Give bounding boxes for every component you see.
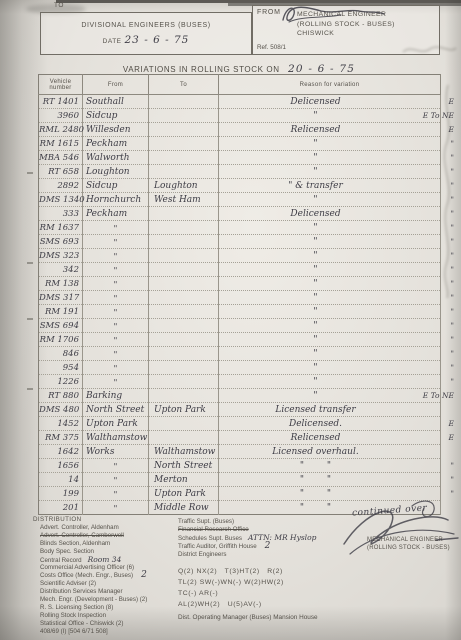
rolling-stock-table: Vehicle number From To Reason for variat…	[38, 74, 441, 515]
from-cell: Upton Park	[83, 417, 149, 431]
vehicle-cell: RM 1637	[39, 221, 83, 235]
vehicle-cell: RT 658	[39, 165, 83, 179]
col-header-from: From	[83, 75, 149, 95]
to-cell	[149, 431, 219, 445]
table-row: MBA 546Walworth""	[39, 151, 441, 165]
table-row: 14"Merton" ""	[39, 473, 441, 487]
vehicle-value: 342	[39, 265, 82, 276]
reason-cell: ""	[219, 165, 441, 179]
distribution-item-text: Commercial Advertising Officer (6)	[40, 564, 134, 571]
recipient-item-text: Traffic Auditor, Griffith House	[178, 543, 257, 550]
to-cell	[149, 95, 219, 109]
vehicle-value: DMS 480	[39, 405, 82, 416]
district-code-list: Q(2) NX(2) T(3)HT(2) R(2)TL(2) SW(-)WN(-…	[178, 566, 378, 610]
distribution-item: Distribution Services Manager	[33, 588, 183, 596]
from-cell: Barking	[83, 389, 149, 403]
margin-annotation: E	[449, 418, 454, 429]
reason-cell: " & transfer"	[219, 179, 441, 193]
reason-cell: ""	[219, 319, 441, 333]
distribution-item-handwritten-annotation: 2	[141, 570, 147, 580]
vehicle-cell: 1656	[39, 459, 83, 473]
to-cell	[149, 151, 219, 165]
vehicle-value: 954	[39, 363, 82, 374]
from-value: "	[83, 363, 148, 374]
from-value: "	[83, 335, 148, 346]
reason-value: "	[219, 251, 440, 262]
distribution-item-text: Advert. Controller, Camberwell	[40, 532, 124, 539]
reason-cell: Licensed transfer	[219, 403, 441, 417]
from-value: Peckham	[83, 139, 148, 150]
distribution-item-text: Statistical Office - Chiswick (2)	[40, 620, 123, 627]
from-value: "	[83, 265, 148, 276]
to-cell	[149, 123, 219, 137]
to-cell: Middle Row	[149, 501, 219, 515]
from-cell: Walworth	[83, 151, 149, 165]
to-value: North Street	[149, 461, 218, 472]
distribution-item-handwritten-annotation: Room 34	[88, 555, 122, 564]
from-cell: Willesden	[83, 123, 149, 137]
distribution-item: Central RecordRoom 34	[33, 556, 183, 565]
distribution-item: R. S. Licensing Section (8)	[33, 604, 183, 612]
vehicle-cell: RT 880	[39, 389, 83, 403]
table-row: 3960Sidcup"E To NE	[39, 109, 441, 123]
to-cell	[149, 207, 219, 221]
reason-cell: ""	[219, 305, 441, 319]
distribution-item: Costs Office (Mech. Engr., Buses)2	[33, 572, 183, 580]
reason-cell: ""	[219, 375, 441, 389]
from-value: Sidcup	[83, 111, 148, 122]
district-code-line: TL(2) SW(-)WN(-) W(2)HW(2)	[178, 577, 378, 588]
reason-cell: ""	[219, 277, 441, 291]
date-handwritten: 23 - 6 - 75	[125, 34, 190, 46]
vehicle-cell: DMS 317	[39, 291, 83, 305]
vehicle-value: 201	[39, 503, 82, 514]
reason-value: " "	[219, 461, 440, 472]
margin-tick	[27, 172, 33, 174]
vehicle-cell: 201	[39, 501, 83, 515]
vehicle-cell: 3960	[39, 109, 83, 123]
from-cell: Sidcup	[83, 179, 149, 193]
table-row: DMS 480North StreetUpton ParkLicensed tr…	[39, 403, 441, 417]
vehicle-cell: RML 2480	[39, 123, 83, 137]
vehicle-cell: 1452	[39, 417, 83, 431]
from-value: "	[83, 349, 148, 360]
reason-cell: " ""	[219, 459, 441, 473]
from-cell: "	[83, 291, 149, 305]
vehicle-value: RM 1615	[39, 139, 82, 150]
to-cell	[149, 277, 219, 291]
reason-cell: ""	[219, 347, 441, 361]
distribution-item-text: Body Spec. Section	[40, 548, 94, 555]
margin-annotation: E	[449, 432, 454, 443]
reason-value: " "	[219, 475, 440, 486]
from-cell: Southall	[83, 95, 149, 109]
table-row: 342"""	[39, 263, 441, 277]
vehicle-value: 199	[39, 489, 82, 500]
reason-value: Licensed transfer	[219, 405, 440, 416]
to-cell: Upton Park	[149, 403, 219, 417]
to-cell: North Street	[149, 459, 219, 473]
to-cell: Loughton	[149, 179, 219, 193]
to-cell: Walthamstow	[149, 445, 219, 459]
vehicle-value: 333	[39, 209, 82, 220]
distribution-item: Blinds Section, Aldenham	[33, 540, 183, 548]
distribution-item-text: Central Record	[40, 557, 82, 564]
table-row: 954"""	[39, 361, 441, 375]
reason-cell: ""	[219, 263, 441, 277]
reason-value: "	[219, 293, 440, 304]
distribution-item: Rolling Stock Inspection	[33, 612, 183, 620]
signature-scribble-icon	[336, 496, 461, 566]
recipient-item-text: Schedules Supt. Buses	[178, 535, 242, 542]
table-row: 846"""	[39, 347, 441, 361]
to-cell	[149, 319, 219, 333]
recipient-item-handwritten-annotation: ATTN: MR Hyslop	[248, 533, 316, 542]
to-cell	[149, 305, 219, 319]
from-value: North Street	[83, 405, 148, 416]
to-label: TO	[54, 2, 64, 9]
date-label: DATE	[103, 38, 122, 45]
to-value: Loughton	[149, 181, 218, 192]
from-cell: "	[83, 375, 149, 389]
vehicle-value: SMS 694	[39, 321, 82, 332]
reason-value: "	[219, 335, 440, 346]
from-value: "	[83, 251, 148, 262]
table-row: RML 2480WillesdenRelicensedE	[39, 123, 441, 137]
table-row: 1226"""	[39, 375, 441, 389]
reason-value: Licensed overhaul.	[219, 447, 440, 458]
from-cell: "	[83, 221, 149, 235]
from-value: "	[83, 223, 148, 234]
from-cell: Works	[83, 445, 149, 459]
to-org-name: DIVISIONAL ENGINEERS (BUSES)	[41, 22, 251, 29]
reason-value: "	[219, 111, 440, 122]
distribution-item: Statistical Office - Chiswick (2)	[33, 620, 183, 628]
from-cell: Walthamstow	[83, 431, 149, 445]
reason-cell: DelicensedE	[219, 95, 441, 109]
distribution-item: Advert. Controller, Camberwell	[33, 532, 183, 540]
vehicle-cell: DMS 323	[39, 249, 83, 263]
from-value: Southall	[83, 97, 148, 108]
from-cell: "	[83, 459, 149, 473]
to-value: Walthamstow	[149, 447, 218, 458]
from-cell: "	[83, 487, 149, 501]
ref-number: Ref. 508/1	[257, 44, 286, 51]
table-header-row: Vehicle number From To Reason for variat…	[39, 75, 441, 95]
reason-cell: ""	[219, 151, 441, 165]
vehicle-cell: RM 1615	[39, 137, 83, 151]
to-value: Middle Row	[149, 503, 218, 514]
reason-cell: ""	[219, 221, 441, 235]
from-value: Peckham	[83, 209, 148, 220]
reason-cell: " ""	[219, 473, 441, 487]
from-cell: "	[83, 235, 149, 249]
vehicle-cell: 14	[39, 473, 83, 487]
reason-cell: Delicensed.E	[219, 417, 441, 431]
vehicle-value: RT 658	[39, 167, 82, 178]
distribution-item-text: Distribution Services Manager	[40, 588, 123, 595]
vehicle-value: MBA 546	[39, 153, 82, 164]
reason-value: "	[219, 167, 440, 178]
vehicle-cell: 1642	[39, 445, 83, 459]
district-code-line: AL(2)WH(2) U(5)AV(-)	[178, 599, 378, 610]
distribution-item: Scientific Adviser (2)	[33, 580, 183, 588]
vehicle-cell: RT 1401	[39, 95, 83, 109]
to-cell	[149, 137, 219, 151]
district-code-line: Q(2) NX(2) T(3)HT(2) R(2)	[178, 566, 378, 577]
margin-annotation: "	[451, 460, 454, 471]
margin-annotation: "	[451, 306, 454, 317]
vehicle-cell: DMS 480	[39, 403, 83, 417]
to-cell	[149, 235, 219, 249]
to-cell	[149, 221, 219, 235]
distribution-section: DISTRIBUTION Advert. Controller, Aldenha…	[33, 516, 183, 636]
distribution-item: Advert. Controller, Aldenham	[33, 524, 183, 532]
vehicle-cell: RM 191	[39, 305, 83, 319]
manager-line: Dist. Operating Manager (Buses) Mansion …	[178, 614, 378, 622]
distribution-item: Mech. Engr. (Development - Buses) (2)	[33, 596, 183, 604]
vehicle-value: RM 1706	[39, 335, 82, 346]
reason-value: "	[219, 153, 440, 164]
from-value: "	[83, 503, 148, 514]
to-cell	[149, 389, 219, 403]
from-value: "	[83, 307, 148, 318]
signature-scrawl-icon	[277, 2, 389, 28]
vehicle-cell: 342	[39, 263, 83, 277]
reason-cell: "E To NE	[219, 109, 441, 123]
vehicle-value: DMS 323	[39, 251, 82, 262]
reason-cell: RelicensedE	[219, 123, 441, 137]
table-row: RM 1706"""	[39, 333, 441, 347]
reason-value: "	[219, 377, 440, 388]
distribution-item-text: Advert. Controller, Aldenham	[40, 524, 119, 531]
from-cell: "	[83, 333, 149, 347]
vehicle-cell: 333	[39, 207, 83, 221]
from-value: Works	[83, 447, 148, 458]
vehicle-value: 1226	[39, 377, 82, 388]
col-header-reason: Reason for variation	[219, 75, 441, 95]
reason-cell: RelicensedE	[219, 431, 441, 445]
margin-tick	[27, 262, 33, 264]
from-value: Upton Park	[83, 419, 148, 430]
table-row: RM 375WalthamstowRelicensedE	[39, 431, 441, 445]
from-value: Walthamstow	[83, 433, 148, 444]
vehicle-cell: 1226	[39, 375, 83, 389]
table-row: RM 1637"""	[39, 221, 441, 235]
margin-annotation: "	[451, 362, 454, 373]
table-row: RM 138"""	[39, 277, 441, 291]
district-code-line: TC(-) AR(-)	[178, 588, 378, 599]
to-cell	[149, 375, 219, 389]
reason-cell: Delicensed"	[219, 207, 441, 221]
to-cell: Merton	[149, 473, 219, 487]
margin-annotation: "	[451, 348, 454, 359]
from-cell: Peckham	[83, 137, 149, 151]
vehicle-cell: SMS 694	[39, 319, 83, 333]
vehicle-value: 14	[39, 475, 82, 486]
to-cell: Upton Park	[149, 487, 219, 501]
vehicle-cell: RM 375	[39, 431, 83, 445]
from-cell: "	[83, 361, 149, 375]
to-cell	[149, 291, 219, 305]
reason-value: "	[219, 279, 440, 290]
vehicle-cell: 954	[39, 361, 83, 375]
table-row: 1452Upton ParkDelicensed.E	[39, 417, 441, 431]
bleedthrough-marks	[400, 42, 458, 58]
from-org-line3: CHISWICK	[297, 29, 439, 39]
from-value: "	[83, 461, 148, 472]
distribution-item: 408/69 (I) [504 6/71 508]	[33, 628, 183, 636]
reason-cell: Licensed overhaul.	[219, 445, 441, 459]
table-row: DMS 323"""	[39, 249, 441, 263]
table-row: RT 1401SouthallDelicensedE	[39, 95, 441, 109]
table-body: RT 1401SouthallDelicensedE3960Sidcup"E T…	[39, 95, 441, 515]
vehicle-cell: DMS 1340	[39, 193, 83, 207]
reason-cell: ""	[219, 249, 441, 263]
from-cell: "	[83, 277, 149, 291]
from-value: "	[83, 293, 148, 304]
table-row: 333PeckhamDelicensed"	[39, 207, 441, 221]
to-cell	[149, 333, 219, 347]
recipient-item-text: Traffic Supt. (Buses)	[178, 518, 234, 525]
to-cell	[149, 109, 219, 123]
reason-value: Delicensed.	[219, 419, 440, 430]
vehicle-cell: SMS 693	[39, 235, 83, 249]
table-row: 2892SidcupLoughton" & transfer"	[39, 179, 441, 193]
vehicle-value: 1642	[39, 447, 82, 458]
table-row: RT 658Loughton""	[39, 165, 441, 179]
table-row: 1642WorksWalthamstowLicensed overhaul.	[39, 445, 441, 459]
table-row: RT 880Barking"E To NE	[39, 389, 441, 403]
col-header-vehicle: Vehicle number	[39, 75, 83, 95]
from-value: Willesden	[83, 125, 148, 136]
table-row: DMS 317"""	[39, 291, 441, 305]
vehicle-value: RT 880	[39, 391, 82, 402]
from-value: Sidcup	[83, 181, 148, 192]
reason-cell: ""	[219, 291, 441, 305]
to-value: Upton Park	[149, 405, 218, 416]
reason-value: Delicensed	[219, 209, 440, 220]
from-value: Loughton	[83, 167, 148, 178]
from-value: "	[83, 237, 148, 248]
vehicle-value: DMS 317	[39, 293, 82, 304]
from-cell: "	[83, 347, 149, 361]
vehicle-value: 3960	[39, 111, 82, 122]
margin-annotation: "	[451, 320, 454, 331]
margin-annotation: "	[451, 334, 454, 345]
table-row: 1656"North Street" ""	[39, 459, 441, 473]
table-row: SMS 693"""	[39, 235, 441, 249]
vehicle-value: 1656	[39, 461, 82, 472]
margin-annotation: "	[451, 474, 454, 485]
reason-value: Relicensed	[219, 433, 440, 444]
vehicle-cell: RM 138	[39, 277, 83, 291]
vehicle-value: DMS 1340	[39, 195, 82, 206]
reason-value: Relicensed	[219, 125, 440, 136]
vehicle-value: SMS 693	[39, 237, 82, 248]
vehicle-cell: 199	[39, 487, 83, 501]
scanned-form-page: TO DIVISIONAL ENGINEERS (BUSES) DATE23 -…	[0, 0, 461, 640]
distribution-item-text: Mech. Engr. (Development - Buses) (2)	[40, 596, 147, 603]
reason-value: " & transfer	[219, 181, 440, 192]
from-value: "	[83, 489, 148, 500]
reason-value: "	[219, 265, 440, 276]
from-cell: "	[83, 319, 149, 333]
reason-value: "	[219, 139, 440, 150]
from-cell: "	[83, 305, 149, 319]
vehicle-value: 1452	[39, 419, 82, 430]
margin-tick	[27, 318, 33, 320]
reason-value: "	[219, 307, 440, 318]
reason-value: "	[219, 391, 440, 402]
vehicle-value: 846	[39, 349, 82, 360]
from-value: "	[83, 377, 148, 388]
from-value: Hornchurch	[83, 195, 148, 206]
from-cell: Peckham	[83, 207, 149, 221]
date-line: DATE23 - 6 - 75	[41, 34, 251, 46]
vehicle-cell: 2892	[39, 179, 83, 193]
to-value: Merton	[149, 475, 218, 486]
distribution-item-text: Blinds Section, Aldenham	[40, 540, 110, 547]
from-value: "	[83, 475, 148, 486]
distribution-list: Advert. Controller, AldenhamAdvert. Cont…	[33, 524, 183, 636]
from-value: Barking	[83, 391, 148, 402]
reason-cell: ""	[219, 333, 441, 347]
from-value: "	[83, 321, 148, 332]
from-cell: Hornchurch	[83, 193, 149, 207]
margin-annotation: E To NE	[423, 390, 454, 401]
reason-cell: ""	[219, 193, 441, 207]
to-value: Upton Park	[149, 489, 218, 500]
to-value: West Ham	[149, 195, 218, 206]
vehicle-value: RT 1401	[39, 97, 82, 108]
reason-value: Delicensed	[219, 97, 440, 108]
reason-value: "	[219, 223, 440, 234]
margin-tick	[27, 388, 33, 390]
recipient-item-text: District Engineers	[178, 551, 227, 558]
from-cell: North Street	[83, 403, 149, 417]
distribution-item-text: R. S. Licensing Section (8)	[40, 604, 113, 611]
to-cell	[149, 263, 219, 277]
distribution-item-text: 408/69 (I) [504 6/71 508]	[40, 628, 108, 635]
vehicle-cell: RM 1706	[39, 333, 83, 347]
form-title-printed: VARIATIONS IN ROLLING STOCK ON	[123, 65, 280, 74]
from-cell: "	[83, 249, 149, 263]
to-cell: West Ham	[149, 193, 219, 207]
table-row: DMS 1340HornchurchWest Ham""	[39, 193, 441, 207]
to-cell	[149, 417, 219, 431]
reason-value: "	[219, 237, 440, 248]
reason-value: "	[219, 321, 440, 332]
vehicle-value: RM 138	[39, 279, 82, 290]
table-row: RM 191"""	[39, 305, 441, 319]
to-address-box: DIVISIONAL ENGINEERS (BUSES) DATE23 - 6 …	[40, 12, 252, 55]
from-cell: "	[83, 473, 149, 487]
table-row: RM 1615Peckham""	[39, 137, 441, 151]
from-value: "	[83, 279, 148, 290]
reason-value: "	[219, 363, 440, 374]
vehicle-value: RM 191	[39, 307, 82, 318]
reason-value: "	[219, 349, 440, 360]
table-row: SMS 694"""	[39, 319, 441, 333]
to-cell	[149, 361, 219, 375]
vehicle-cell: MBA 546	[39, 151, 83, 165]
vehicle-cell: 846	[39, 347, 83, 361]
from-cell: "	[83, 501, 149, 515]
from-value: Walworth	[83, 153, 148, 164]
distribution-item-text: Scientific Adviser (2)	[40, 580, 96, 587]
to-cell	[149, 249, 219, 263]
